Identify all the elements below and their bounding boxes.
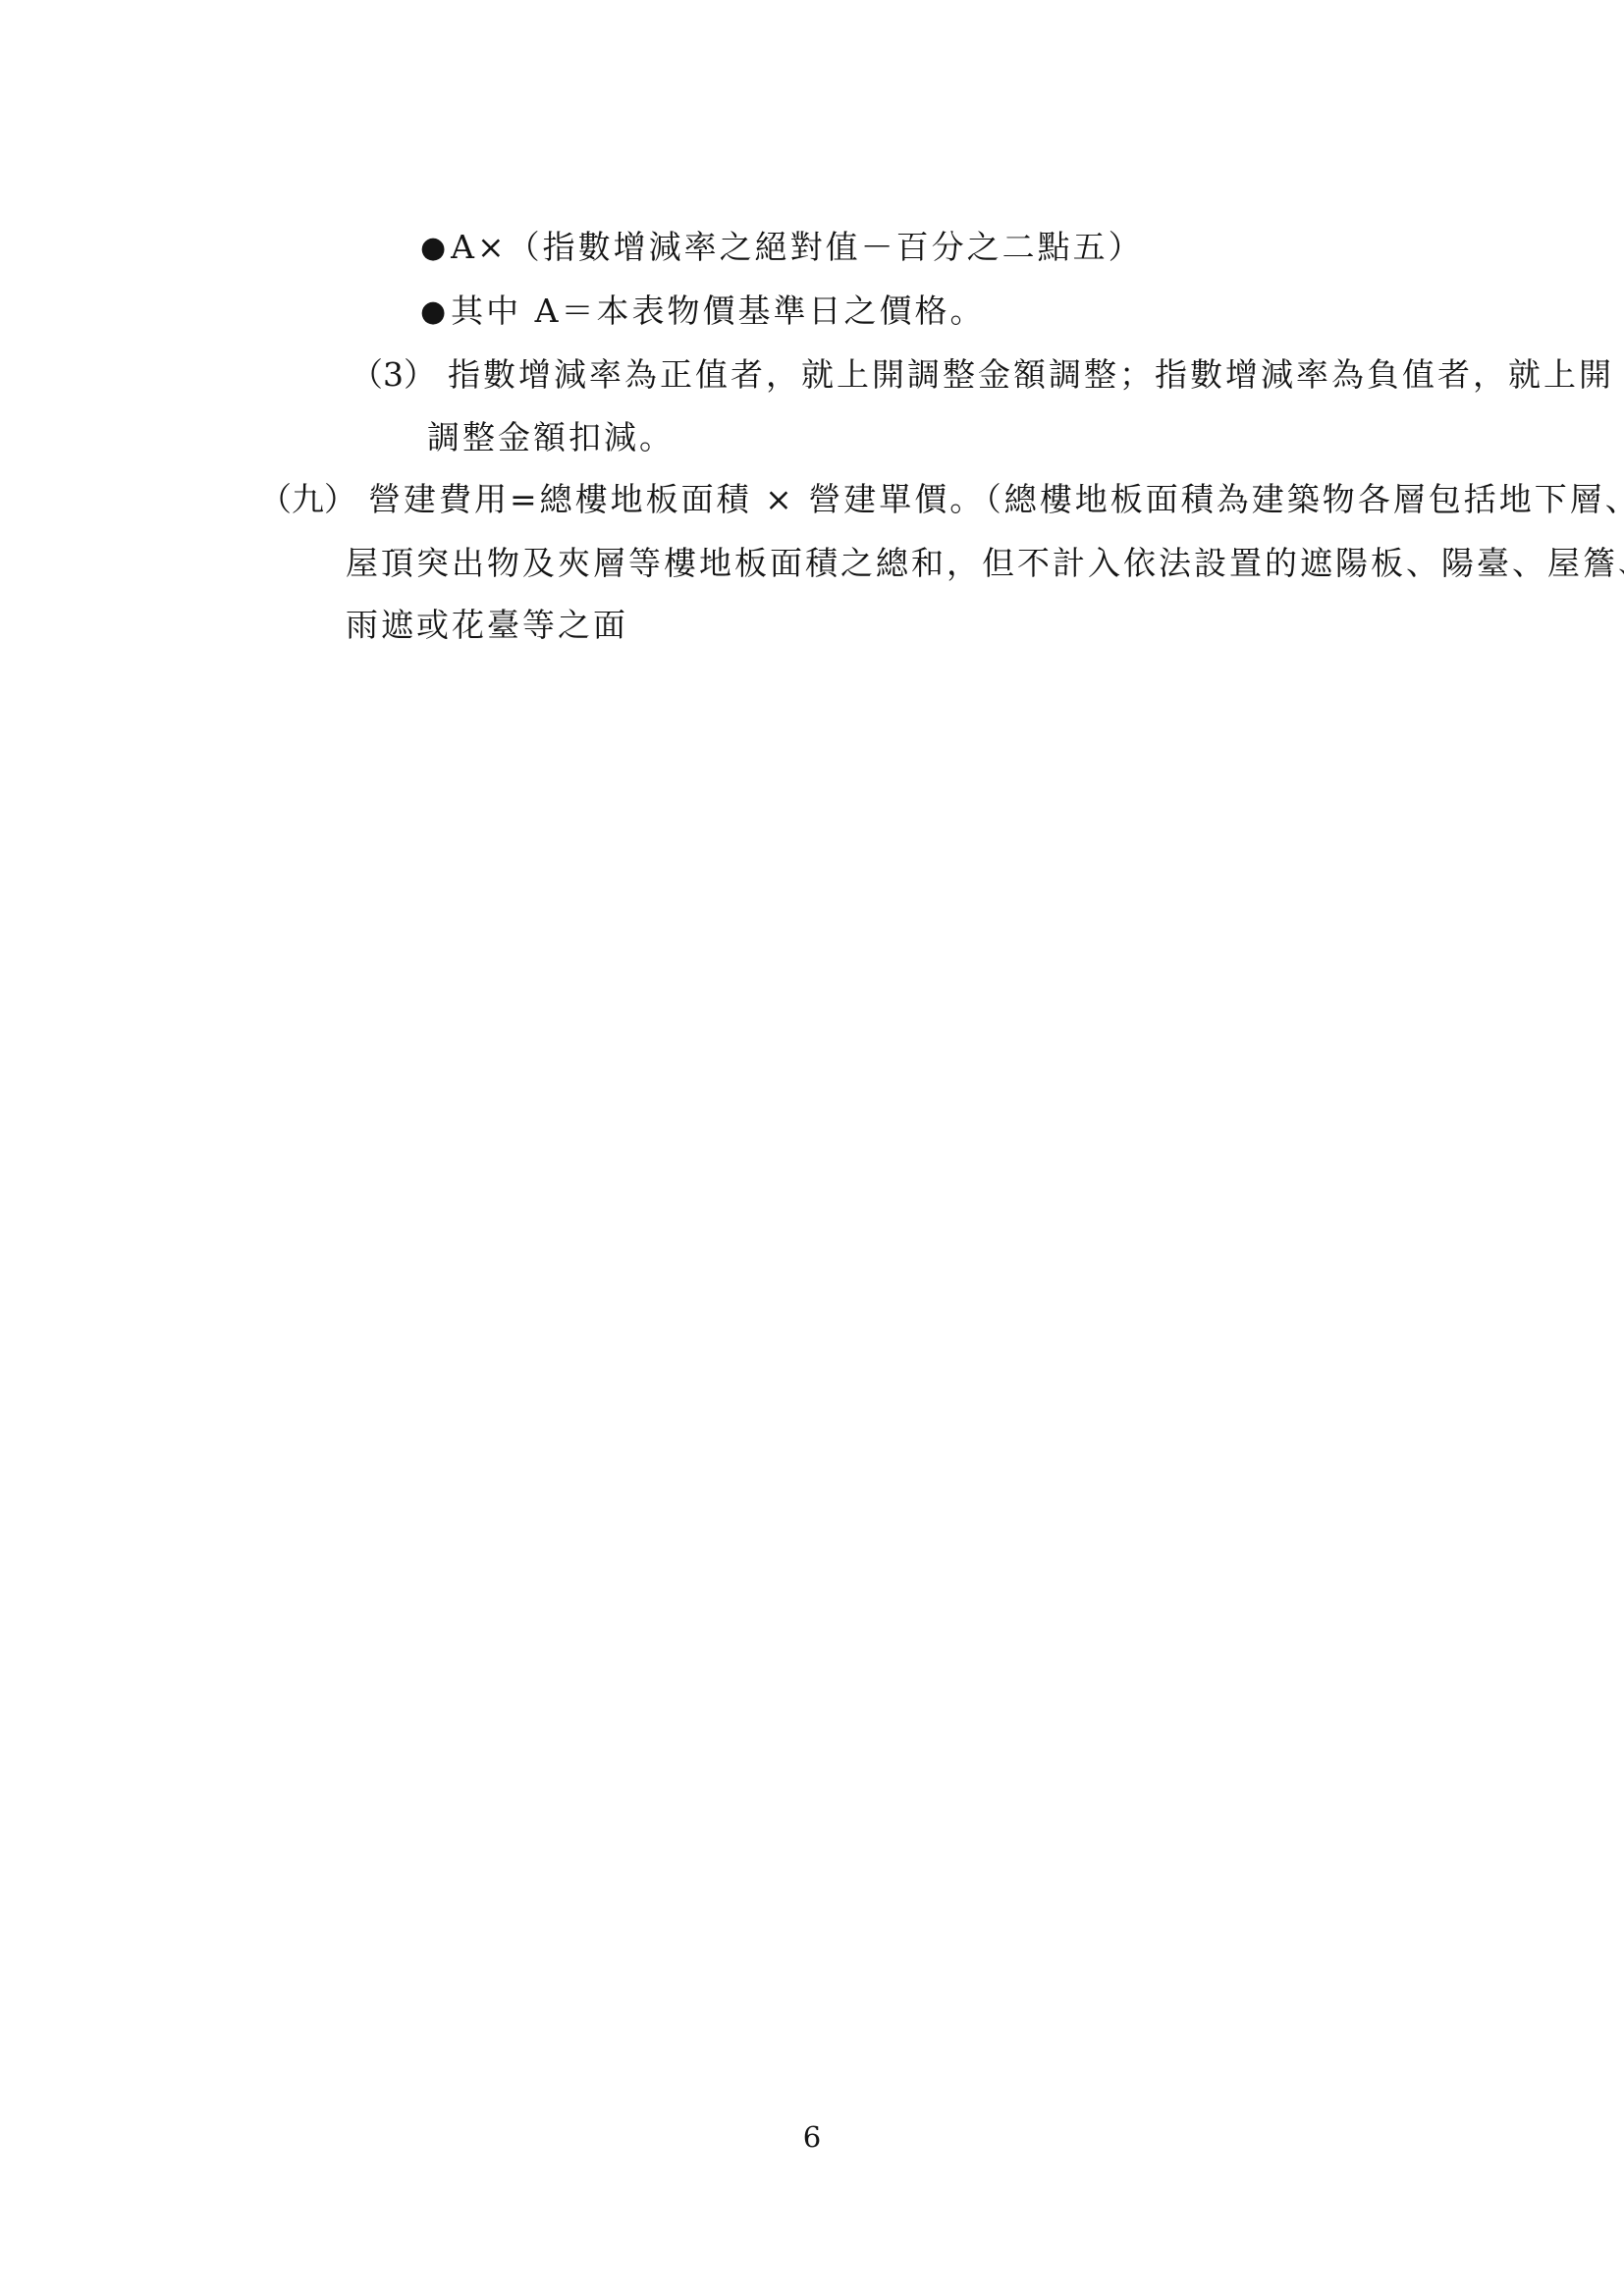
item-9-line-3: 雨遮或花臺等之面: [293, 566, 628, 684]
item-9-text-3: 雨遮或花臺等之面: [346, 606, 628, 644]
page-number: 6: [0, 2120, 1624, 2154]
document-page: ●A×（指數增減率之絕對值－百分之二點五） ●其中 A＝本表物價基準日之價格。 …: [0, 0, 1624, 2296]
